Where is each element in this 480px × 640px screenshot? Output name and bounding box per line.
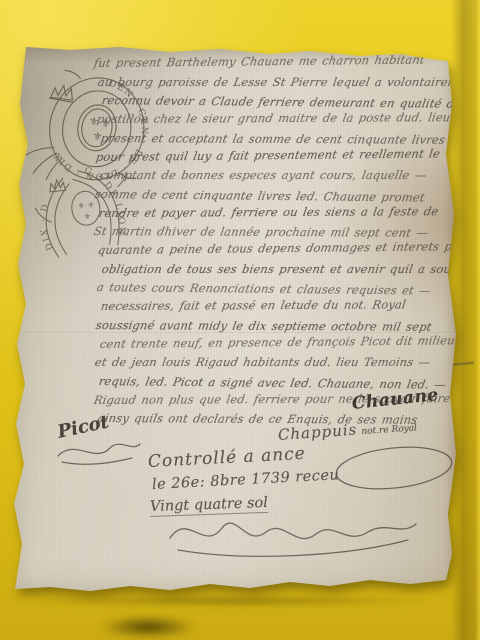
backdrop-dark-shadow bbox=[98, 616, 198, 638]
manuscript-paper: DEN · GEN · DE · LYON · DIX · ⚜ ⚜ ⚜ bbox=[10, 44, 462, 592]
paper-edge-shadow bbox=[30, 596, 430, 606]
manuscript-line: et de jean louis Rigaud habitants dud. l… bbox=[94, 355, 432, 369]
photo-background: DEN · GEN · DE · LYON · DIX · ⚜ ⚜ ⚜ bbox=[0, 0, 480, 640]
manuscript-line: a toutes cours Renonciations et clauses … bbox=[96, 280, 433, 297]
manuscript-line: soussigné avant midy le dix septieme oct… bbox=[95, 318, 433, 334]
controle-date-line: le 26e: 8bre 1739 receu bbox=[152, 467, 340, 493]
manuscript-line: quarante a peine de tous depens dommages… bbox=[97, 239, 466, 257]
manuscript-line: comptant de bonnes especes ayant cours, … bbox=[99, 168, 428, 182]
fleur-de-lis-icon: ⚜ bbox=[87, 200, 95, 210]
svg-text:DIX · D: DIX · D bbox=[37, 201, 57, 253]
manuscript-line: somme de cent cinquante livres led. Chau… bbox=[94, 187, 426, 204]
manuscript-line: fut present Barthelemy Chauane me charro… bbox=[93, 53, 426, 70]
manuscript-line: necessaires, fait et passé en letude du … bbox=[100, 297, 407, 313]
fleur-de-lis-icon: ⚜ bbox=[83, 212, 91, 222]
manuscript-line: rendre et payer aud. ferriere ou les sie… bbox=[98, 204, 440, 220]
fleur-de-lis-icon: ⚜ bbox=[77, 201, 85, 211]
manuscript-line: present et acceptant la somme de cent ci… bbox=[100, 131, 464, 147]
controller-paraph-flourish bbox=[158, 506, 428, 558]
manuscript-line: reconnu devoir a Claude ferriere demeura… bbox=[101, 93, 463, 111]
picot-paraph-flourish bbox=[50, 436, 145, 466]
chappuis-paraph-flourish bbox=[332, 440, 460, 496]
manuscript-line: cent trente neuf, en presence de françoi… bbox=[99, 333, 456, 351]
manuscript-line: pour prest quil luy a fait presentement … bbox=[95, 146, 441, 164]
manuscript-line: obligation de tous ses biens present et … bbox=[101, 262, 474, 276]
manuscript-line: postillon chez le sieur grand maitre de … bbox=[96, 110, 480, 126]
manuscript-line: St martin dhiver de lannée prochaine mil… bbox=[93, 224, 430, 240]
manuscript-line: au bourg paroisse de Lesse St Pierre leq… bbox=[97, 75, 480, 89]
stamp-left-text: DIX · D bbox=[37, 201, 57, 253]
